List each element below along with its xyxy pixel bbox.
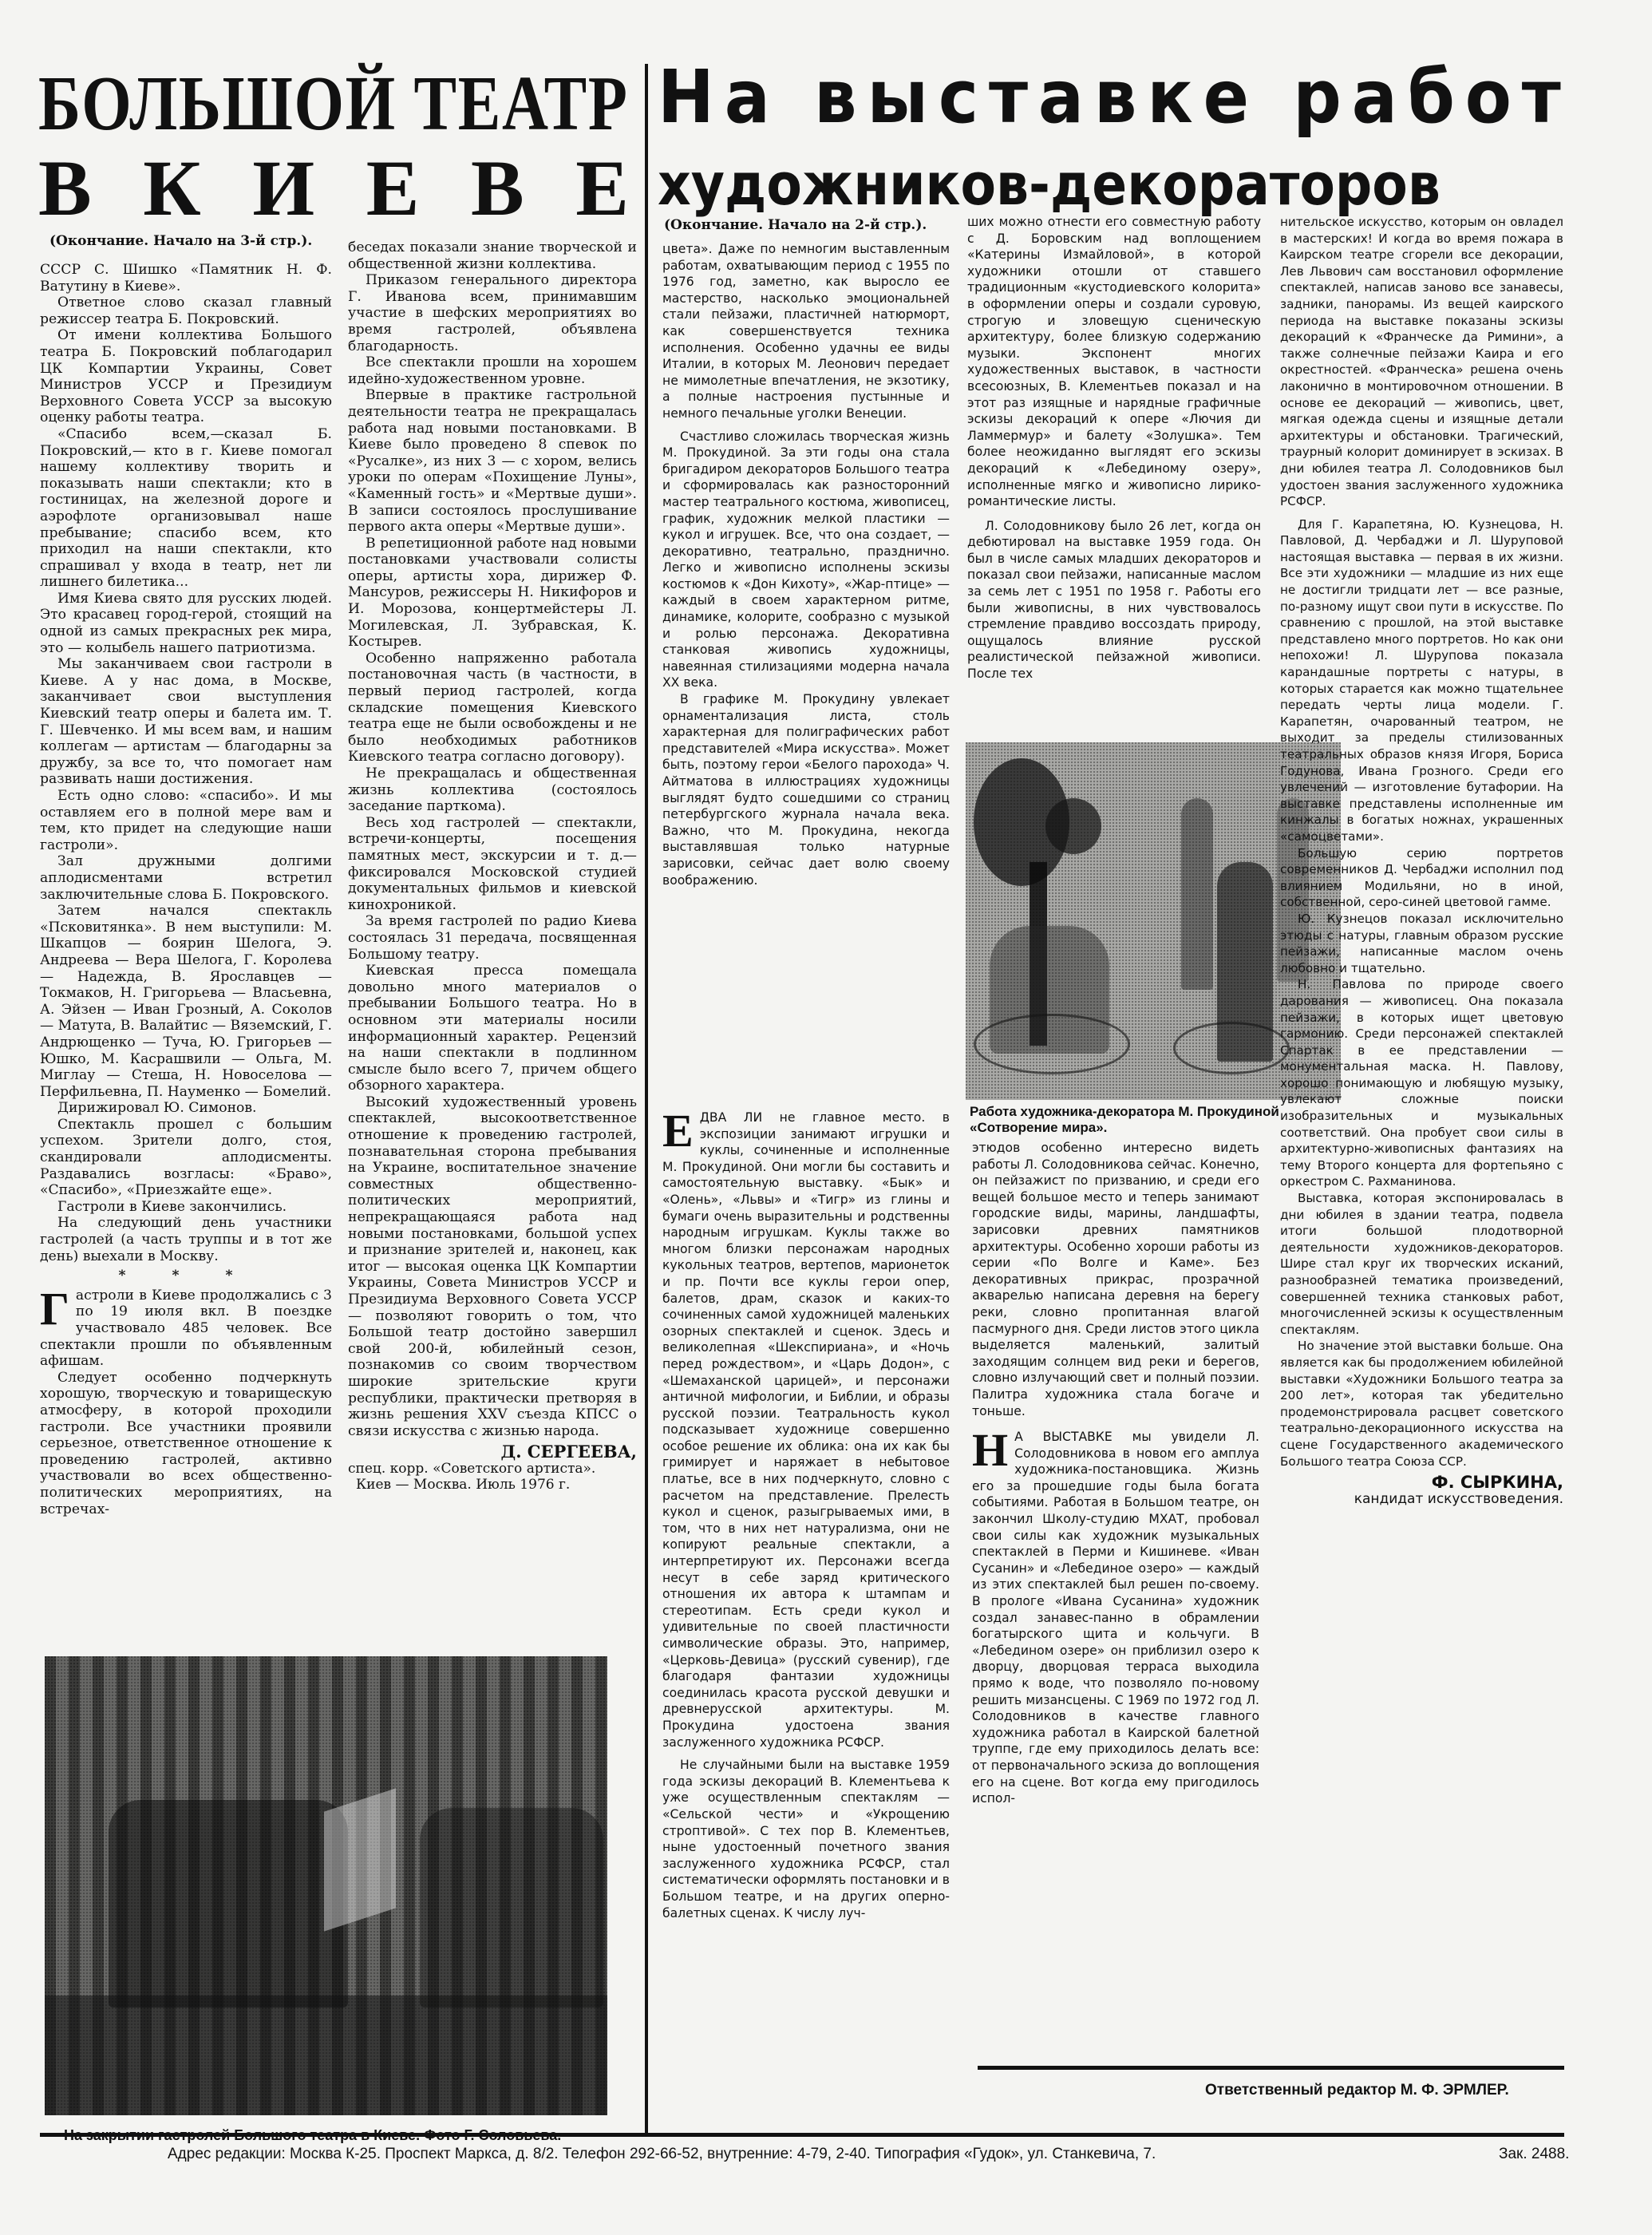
tour-closing-photo bbox=[45, 1656, 607, 2115]
left-continuation-note: (Окончание. Начало на 3-й стр.). bbox=[49, 231, 312, 251]
paragraph: Не прекращалась и общественная жизнь кол… bbox=[348, 765, 637, 815]
right-column-3b: ЕДВА ЛИ не главное место. в экспозиции з… bbox=[662, 1110, 950, 2123]
paragraph: «Спасибо всем,—сказал Б. Покровский,— кт… bbox=[40, 426, 332, 591]
lead-paragraph: ЕДВА ЛИ не главное место. в экспозиции з… bbox=[662, 1110, 950, 1750]
paragraph: Но значение этой выставки больше. Она яв… bbox=[1280, 1338, 1563, 1470]
drop-cap: Г bbox=[40, 1291, 69, 1327]
paragraph: За время гастролей по радио Киева состоя… bbox=[348, 913, 637, 963]
photo-people-group bbox=[109, 1800, 348, 2008]
left-column-2: беседах показали знание творческой и общ… bbox=[348, 239, 637, 1644]
right-bottom-rule bbox=[978, 2066, 1564, 2070]
right-column-5: нительское искусство, которым он овладел… bbox=[1280, 214, 1563, 2066]
paragraph: Не случайными были на выставке 1959 года… bbox=[662, 1757, 950, 1921]
headline-letter: К bbox=[143, 148, 201, 228]
paragraph: Впервые в практике гастрольной деятельно… bbox=[348, 387, 637, 535]
right-photo-caption: Работа художника-декоратора М. Прокудино… bbox=[970, 1104, 1279, 1136]
lead-text: астроли в Киеве продолжались с 3 по 19 и… bbox=[40, 1288, 332, 1369]
dateline: Киев — Москва. Июль 1976 г. bbox=[348, 1477, 637, 1493]
photo-base-right bbox=[1173, 1022, 1290, 1074]
paragraph: Счастливо сложилась творческая жизнь М. … bbox=[662, 429, 950, 692]
section-separator: * * * bbox=[40, 1268, 332, 1284]
paragraph: Есть одно слово: «спасибо». И мы оставля… bbox=[40, 788, 332, 853]
right-column-3: цвета». Даже по немногим выставленным ра… bbox=[662, 241, 950, 1103]
right-column-4: ших можно отнести его совместную работу … bbox=[967, 214, 1261, 725]
caption-line: Работа художника-декоратора М. Прокудино… bbox=[970, 1104, 1279, 1120]
paragraph: Н. Павлова по природе своего дарования —… bbox=[1280, 976, 1563, 1190]
paragraph: Зал дружными долгими аплодисментами встр… bbox=[40, 853, 332, 903]
paragraph: Киевская пресса помещала довольно много … bbox=[348, 963, 637, 1094]
paragraph: Гастроли в Киеве закончились. bbox=[40, 1199, 332, 1216]
author-role: спец. корр. «Советского артиста». bbox=[348, 1461, 637, 1477]
paragraph: Приказом генерального директора Г. Ивано… bbox=[348, 272, 637, 354]
photo-tree-crown-2 bbox=[1045, 798, 1101, 854]
right-headline-line2: художников-декораторов bbox=[658, 148, 1462, 220]
editorial-address: Адрес редакции: Москва К-25. Проспект Ма… bbox=[168, 2146, 1156, 2163]
lead-text: А ВЫСТАВКЕ мы увидели Л. Солодовникова в… bbox=[972, 1430, 1259, 1806]
paragraph: От имени коллектива Большого театра Б. П… bbox=[40, 327, 332, 426]
paragraph: этюдов особенно интересно видеть работы … bbox=[972, 1140, 1259, 1419]
lead-paragraph: Гастроли в Киеве продолжались с 3 по 19 … bbox=[40, 1288, 332, 1370]
left-headline-line1: БОЛЬШОЙ ТЕАТР bbox=[38, 64, 523, 144]
headline-letter: В bbox=[38, 148, 92, 228]
photo-floor bbox=[45, 1996, 607, 2115]
right-continuation-note: (Окончание. Начало на 2-й стр.). bbox=[664, 216, 927, 235]
paragraph: В репетиционной работе над новыми постан… bbox=[348, 536, 637, 651]
paragraph: Все спектакли прошли на хорошем идейно-х… bbox=[348, 354, 637, 387]
author-role: кандидат искусствоведения. bbox=[1280, 1491, 1563, 1507]
paragraph: СССР С. Шишко «Памятник Н. Ф. Ватутину в… bbox=[40, 262, 332, 295]
paragraph: Большую серию портретов современников Д.… bbox=[1280, 845, 1563, 911]
paragraph: Для Г. Карапетяна, Ю. Кузнецова, Н. Павл… bbox=[1280, 516, 1563, 845]
photo-framed-picture bbox=[324, 1788, 396, 1931]
paragraph: На следующий день участники гастролей (а… bbox=[40, 1215, 332, 1264]
headline-letter: В bbox=[471, 148, 524, 228]
paragraph: Л. Солодовникову было 26 лет, когда он д… bbox=[967, 518, 1261, 682]
paragraph: Следует особенно подчеркнуть хорошую, тв… bbox=[40, 1370, 332, 1517]
paragraph: цвета». Даже по немногим выставленным ра… bbox=[662, 241, 950, 422]
left-headline-line2: В К И Е В Е bbox=[38, 148, 629, 228]
order-number: Зак. 2488. bbox=[1499, 2146, 1569, 2163]
paragraph: Затем начался спектакль «Псковитянка». В… bbox=[40, 903, 332, 1100]
drop-cap: Е bbox=[662, 1113, 694, 1149]
headline-letter: Е bbox=[575, 148, 629, 228]
photo-people-right bbox=[420, 1808, 603, 2008]
author-signature: Ф. СЫРКИНА, bbox=[1280, 1474, 1563, 1491]
lead-text: ДВА ЛИ не главное место. в экспозиции за… bbox=[662, 1110, 950, 1750]
article-divider bbox=[645, 64, 648, 2135]
paragraph: нительское искусство, которым он овладел… bbox=[1280, 214, 1563, 510]
paragraph: Высокий художественный уровень спектакле… bbox=[348, 1094, 637, 1439]
paragraph: Ответное слово сказал главный режиссер т… bbox=[40, 295, 332, 327]
paragraph: Имя Киева свято для русских людей. Это к… bbox=[40, 591, 332, 656]
paragraph: Весь ход гастролей — спектакли, встречи-… bbox=[348, 815, 637, 914]
photo-base-left bbox=[974, 1014, 1130, 1074]
paragraph: Выставка, которая экспонировалась в дни … bbox=[1280, 1190, 1563, 1338]
caption-line: «Сотворение мира». bbox=[970, 1120, 1279, 1136]
lead-paragraph: НА ВЫСТАВКЕ мы увидели Л. Солодовникова … bbox=[972, 1429, 1259, 1807]
right-headline-line1: На выставке работ bbox=[658, 57, 1480, 137]
paragraph: Ю. Кузнецов показал исключительно этюды … bbox=[1280, 911, 1563, 976]
drop-cap: Н bbox=[972, 1432, 1008, 1469]
paragraph: Дирижировал Ю. Симонов. bbox=[40, 1100, 332, 1117]
headline-letter: Е bbox=[366, 148, 420, 228]
right-column-4b: этюдов особенно интересно видеть работы … bbox=[972, 1140, 1259, 2122]
paragraph: В графике М. Прокудину увлекает орнамент… bbox=[662, 691, 950, 888]
photo-figure-angel-1 bbox=[1181, 798, 1213, 990]
paragraph: ших можно отнести его совместную работу … bbox=[967, 214, 1261, 510]
paragraph: беседах показали знание творческой и общ… bbox=[348, 239, 637, 272]
headline-letter: И bbox=[252, 148, 314, 228]
author-signature: Д. СЕРГЕЕВА, bbox=[348, 1444, 637, 1461]
responsible-editor: Ответственный редактор М. Ф. ЭРМЛЕР. bbox=[1205, 2082, 1509, 2099]
paragraph: Особенно напряженно работала постановочн… bbox=[348, 651, 637, 765]
footer-rule bbox=[40, 2133, 1564, 2137]
paragraph: Спектакль прошел с большим успехом. Зрит… bbox=[40, 1117, 332, 1199]
left-column-1: СССР С. Шишко «Памятник Н. Ф. Ватутину в… bbox=[40, 262, 332, 1647]
paragraph: Мы заканчиваем свои гастроли в Киеве. А … bbox=[40, 656, 332, 788]
